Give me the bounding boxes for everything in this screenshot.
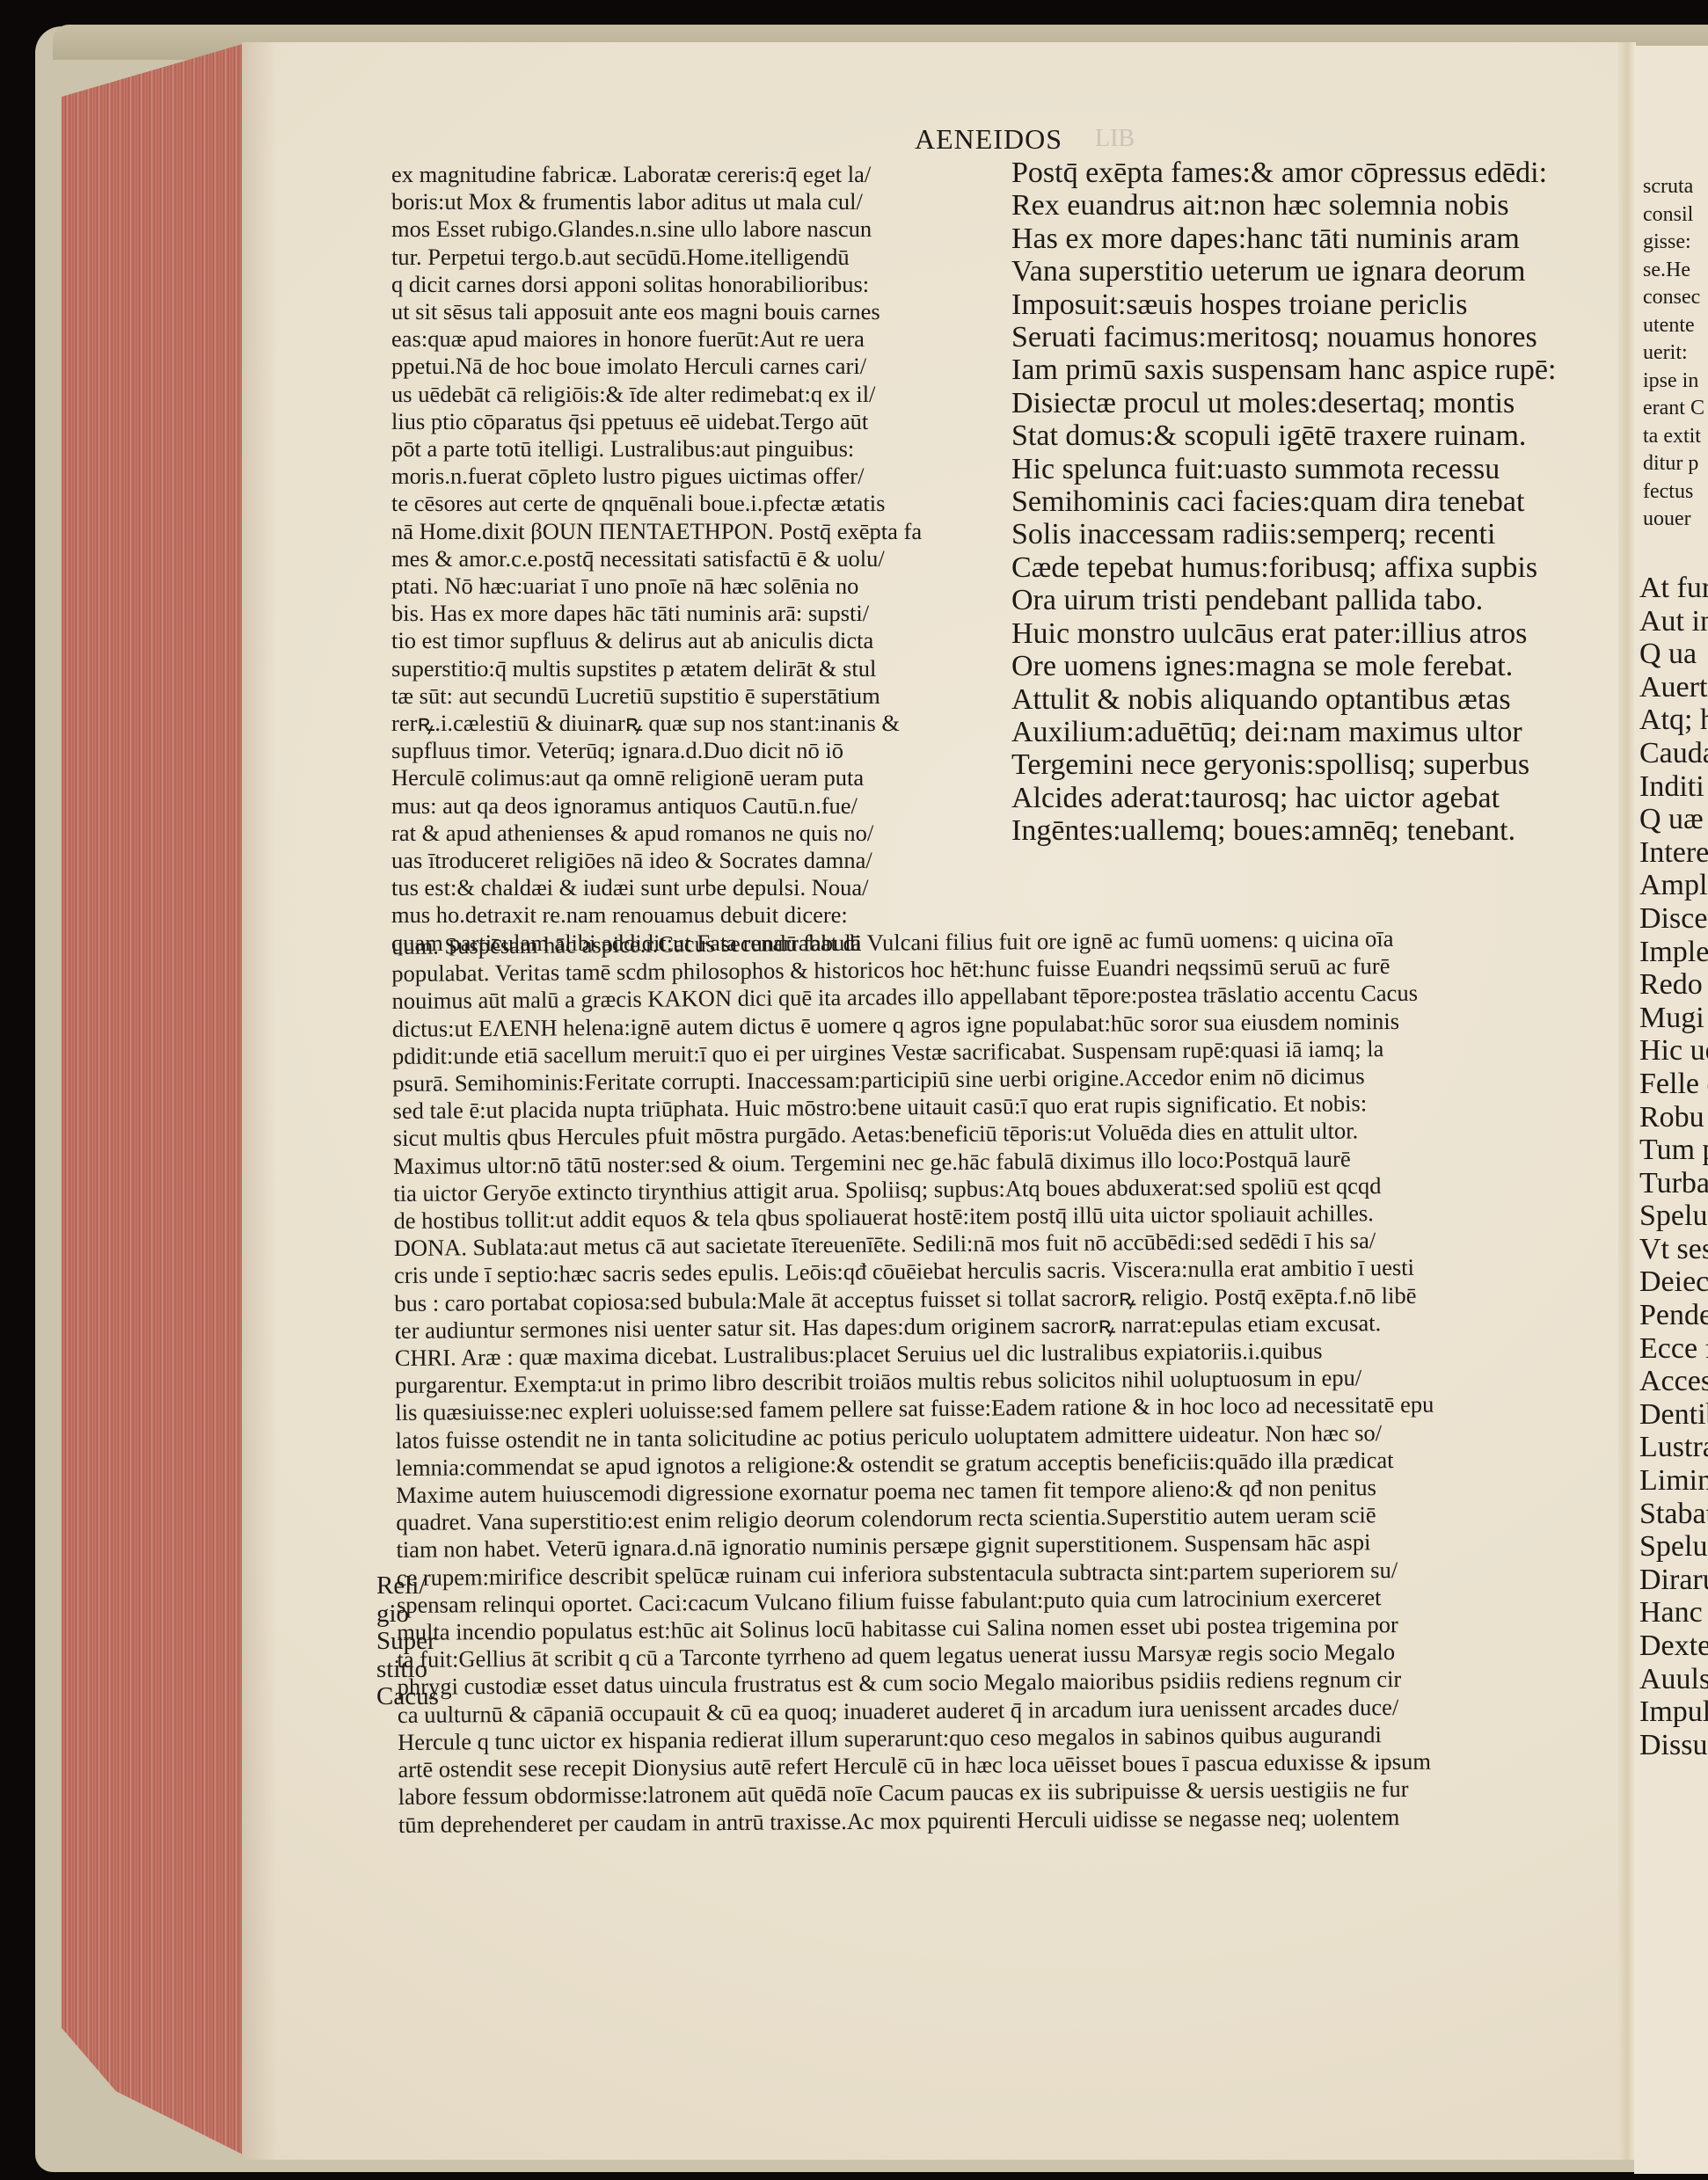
red-stained-fore-edge — [62, 44, 243, 2154]
verse-line: Has ex more dapes:hanc tāti numinis aram — [1011, 222, 1601, 255]
facing-commentary-line: gisse: — [1643, 229, 1704, 257]
facing-verse-line: Robu — [1639, 1101, 1708, 1134]
commentary-line: ex magnitudine fabricæ. Laboratæ cereris… — [391, 161, 1016, 188]
marginal-note: Super — [376, 1628, 439, 1656]
verse-line: Solis inaccessam radiis:semperq; recenti — [1011, 518, 1601, 550]
book-gutter — [1618, 42, 1636, 2160]
facing-verse-line: Aut in — [1639, 605, 1708, 638]
facing-verse-line: Spelun — [1639, 1199, 1708, 1233]
facing-verse-line: Discet — [1639, 902, 1708, 936]
facing-verse-line: Turba — [1639, 1167, 1708, 1200]
facing-verse-line: Intere — [1639, 836, 1708, 870]
facing-verse-line: Hic ue — [1639, 1034, 1708, 1068]
verse-column: Postq̄ exēpta fames:& amor cōpressus edē… — [1011, 157, 1601, 848]
verse-line: Auxilium:aduētūq; dei:nam maximus ultor — [1011, 716, 1601, 748]
show-through-text: LIB — [1095, 125, 1135, 153]
commentary-line: mus: aut qa deos ignoramus antiquos Caut… — [391, 792, 1016, 820]
facing-verse-line: Cauda — [1639, 737, 1708, 770]
marginal-notes: Reli/gioSuperstitioCacus — [376, 1572, 439, 1711]
facing-commentary-line: consil — [1643, 201, 1704, 230]
facing-verse-line: Spelun — [1639, 1530, 1708, 1564]
verse-line: Ore uomens ignes:magna se mole ferebat. — [1011, 650, 1601, 682]
facing-verse-line: Atq; h — [1639, 704, 1708, 737]
commentary-line: q dicit carnes dorsi apponi solitas hono… — [391, 271, 1016, 298]
facing-verse-line: Deiecit — [1639, 1265, 1708, 1299]
facing-verse-line: Q uæ — [1639, 803, 1708, 836]
facing-commentary-line: uerit: — [1643, 339, 1704, 368]
facing-verse-line: Mugi — [1639, 1002, 1708, 1035]
commentary-line: supfluus timor. Veterūq; ignara.d.Duo di… — [391, 737, 1016, 764]
facing-recto-page: scrutaconsilgisse:se.Heconsecutenteuerit… — [1634, 46, 1708, 2174]
marginal-note: Cacus — [376, 1683, 439, 1711]
verse-line: Imposuit:sæuis hospes troiane periclis — [1011, 288, 1601, 321]
facing-verse-line: Q ua — [1639, 638, 1708, 671]
commentary-full-width: uum. Suspēsam hāc aspice.r.Cacus secundū… — [391, 923, 1612, 1839]
commentary-line: moris.n.fuerat cōpleto lustro pigues uic… — [391, 463, 1016, 490]
facing-verse-line: Limina — [1639, 1464, 1708, 1498]
facing-verse-line: Dissulta — [1639, 1729, 1708, 1762]
verse-line: Hic spelunca fuit:uasto summota recessu — [1011, 453, 1601, 485]
facing-verse-line: Inditi — [1639, 770, 1708, 804]
verse-line: Semihominis caci facies:quam dira teneba… — [1011, 485, 1601, 518]
commentary-line: rat & apud athenienses & apud romanos ne… — [391, 820, 1016, 847]
verse-line: Alcides aderat:taurosq; hac uictor ageba… — [1011, 782, 1601, 814]
facing-commentary-line: ta extit — [1643, 423, 1704, 451]
commentary-line: eas:quæ apud maiores in honore fuerūt:Au… — [391, 325, 1016, 353]
commentary-line: uas ītroduceret religiōes nā ideo & Socr… — [391, 847, 1016, 874]
commentary-line: boris:ut Mox & frumentis labor aditus ut… — [391, 188, 1016, 215]
facing-commentary-line: se.He — [1643, 257, 1704, 285]
verse-line: Ora uirum tristi pendebant pallida tabo. — [1011, 584, 1601, 616]
commentary-line: mus ho.detraxit re.nam renouamus debuit … — [391, 901, 1016, 929]
facing-verse-line: Diraru — [1639, 1564, 1708, 1597]
commentary-line: mes & amor.c.e.postq̄ necessitati satisf… — [391, 545, 1016, 572]
facing-verse-line: Impulit — [1639, 1695, 1708, 1729]
commentary-line: te cēsores aut certe de qnquēnali boue.i… — [391, 490, 1016, 517]
facing-verse-line: Ecce fu — [1639, 1332, 1708, 1366]
facing-verse-line: Hanc u — [1639, 1596, 1708, 1630]
commentary-line: ptati. Nō hæc:uariat ī uno pnoīe nā hæc … — [391, 572, 1016, 600]
facing-page-verse: At furAut inQ uaAuertAtq; hCaudaInditiQ … — [1639, 572, 1708, 1761]
commentary-line: mos Esset rubigo.Glandes.n.sine ullo lab… — [391, 215, 1016, 243]
commentary-line: us uēdebāt cā religiōis:& īde alter redi… — [391, 381, 1016, 408]
facing-verse-line: Accessu — [1639, 1365, 1708, 1398]
verse-line: Vana superstitio ueterum ue ignara deoru… — [1011, 255, 1601, 288]
commentary-line: lius ptio cōparatus q̄si ppetuus eē uide… — [391, 408, 1016, 435]
commentary-line: superstitio:q̄ multis supstites p ætatem… — [391, 655, 1016, 682]
facing-page-commentary: scrutaconsilgisse:se.Heconsecutenteuerit… — [1643, 173, 1704, 534]
facing-verse-line: Lustrat — [1639, 1431, 1708, 1464]
commentary-line: ppetui.Nā de hoc boue imolato Herculi ca… — [391, 353, 1016, 380]
commentary-line: tur. Perpetui tergo.b.aut secūdū.Home.it… — [391, 244, 1016, 271]
facing-commentary-line: utente — [1643, 312, 1704, 340]
facing-verse-line: Pendeb — [1639, 1299, 1708, 1332]
commentary-line: rerꝶ.i.cælestiū & diuinarꝶ quæ sup nos s… — [391, 710, 1016, 737]
commentary-line: pōt a parte totū itelligi. Lustralibus:a… — [391, 435, 1016, 463]
commentary-line: tæ sūt: aut secundū Lucretiū supstitio ē… — [391, 682, 1016, 710]
commentary-line: ut sit sēsus tali apposuit ante eos magn… — [391, 298, 1016, 325]
commentary-line: tus est:& chaldæi & iudæi sunt urbe depu… — [391, 874, 1016, 901]
facing-verse-line: Felle d — [1639, 1068, 1708, 1101]
verse-line: Attulit & nobis aliquando optantibus æta… — [1011, 683, 1601, 716]
commentary-line: bis. Has ex more dapes hāc tāti numinis … — [391, 600, 1016, 627]
facing-commentary-line: ditur p — [1643, 450, 1704, 478]
verse-line: Postq̄ exēpta fames:& amor cōpressus edē… — [1011, 157, 1601, 189]
commentary-line: Herculē colimus:aut qa omnē religionē ue… — [391, 764, 1016, 791]
verse-line: Cæde tepebat humus:foribusq; affixa supb… — [1011, 551, 1601, 584]
facing-verse-line: Auulsa — [1639, 1663, 1708, 1696]
page-edge-shadow — [242, 42, 277, 2160]
facing-verse-line: Ampl — [1639, 869, 1708, 902]
verse-line: Tergemini nece geryonis:spollisq; superb… — [1011, 748, 1601, 781]
facing-verse-line: Dexter — [1639, 1630, 1708, 1663]
facing-verse-line: Dentib — [1639, 1398, 1708, 1432]
facing-commentary-line: ipse in — [1643, 368, 1704, 396]
facing-verse-line: Auert — [1639, 671, 1708, 704]
verse-line: Stat domus:& scopuli igētē traxere ruina… — [1011, 419, 1601, 452]
marginal-note: stitio — [376, 1656, 439, 1684]
facing-verse-line: Redo — [1639, 968, 1708, 1002]
facing-commentary-line: erant C — [1643, 395, 1704, 423]
running-head: AENEIDOS — [915, 123, 1062, 156]
facing-verse-line: Tum p — [1639, 1134, 1708, 1167]
facing-verse-line: Vt sese — [1639, 1233, 1708, 1266]
marginal-note: Reli/ — [376, 1572, 439, 1600]
verse-line: Disiectæ procul ut moles:desertaq; monti… — [1011, 387, 1601, 419]
verse-line: Rex euandrus ait:non hæc solemnia nobis — [1011, 189, 1601, 222]
verse-line: Huic monstro uulcāus erat pater:illius a… — [1011, 617, 1601, 650]
commentary-left-column: ex magnitudine fabricæ. Laboratæ cereris… — [391, 161, 1016, 957]
facing-commentary-line: fectus — [1643, 478, 1704, 507]
facing-verse-line: At fur — [1639, 572, 1708, 605]
commentary-line: tio est timor supfluus & delirus aut ab … — [391, 627, 1016, 654]
commentary-line: nā Home.dixit βOUN ΠΕΝΤΑΕΤΗΡΟΝ. Postq̄ e… — [391, 518, 1016, 545]
facing-verse-line: Imple — [1639, 936, 1708, 969]
facing-verse-line: Stabat — [1639, 1498, 1708, 1531]
facing-commentary-line: consec — [1643, 284, 1704, 312]
verse-line: Iam primū saxis suspensam hanc aspice ru… — [1011, 354, 1601, 386]
verse-line: Ingēntes:uallemq; boues:amnēq; tenebant. — [1011, 814, 1601, 847]
facing-commentary-line: uouer — [1643, 506, 1704, 534]
marginal-note: gio — [376, 1600, 439, 1629]
facing-commentary-line: scruta — [1643, 173, 1704, 201]
verse-line: Seruati facimus:meritosq; nouamus honore… — [1011, 321, 1601, 354]
